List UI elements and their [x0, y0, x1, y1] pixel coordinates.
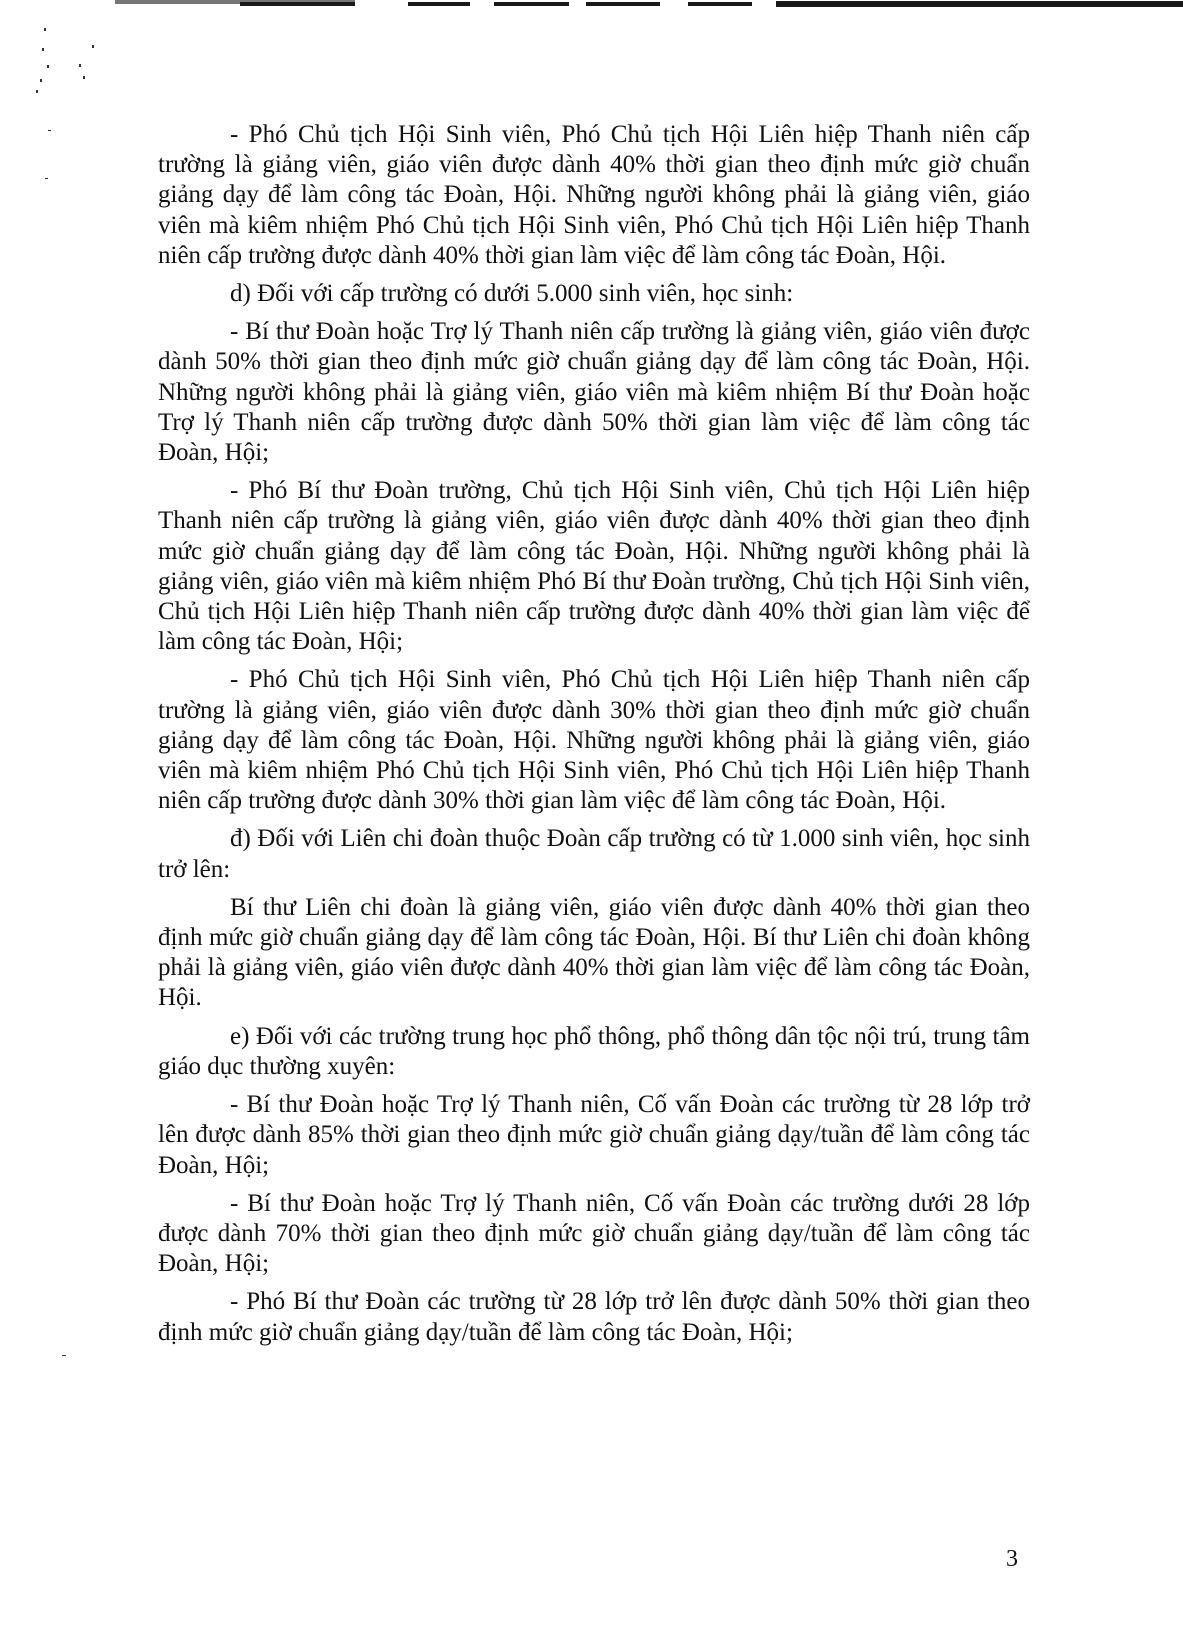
scan-speck — [42, 48, 44, 51]
section-heading-dd: đ) Đối với Liên chi đoàn thuộc Đoàn cấp … — [158, 824, 1030, 884]
scan-speck — [48, 130, 51, 131]
paragraph-secretary-85: - Bí thư Đoàn hoặc Trợ lý Thanh niên, Cố… — [158, 1090, 1030, 1181]
scan-speck — [36, 90, 38, 93]
document-body: - Phó Chủ tịch Hội Sinh viên, Phó Chủ tị… — [158, 120, 1030, 1356]
scan-border-line — [408, 2, 470, 6]
paragraph-deputy-secretary-40: - Phó Bí thư Đoàn trường, Chủ tịch Hội S… — [158, 476, 1030, 657]
scan-border-line — [494, 2, 569, 6]
scan-border-line — [776, 1, 1183, 7]
paragraph-branch-secretary-40: Bí thư Liên chi đoàn là giảng viên, giáo… — [158, 893, 1030, 1014]
paragraph-secretary-70: - Bí thư Đoàn hoặc Trợ lý Thanh niên, Cố… — [158, 1189, 1030, 1280]
page-number: 3 — [1006, 1546, 1018, 1573]
scan-speck — [40, 79, 42, 82]
scan-speck — [92, 45, 94, 48]
paragraph-vice-chair-30: - Phó Chủ tịch Hội Sinh viên, Phó Chủ tị… — [158, 665, 1030, 816]
scan-speck — [47, 65, 49, 68]
paragraph-deputy-secretary-50: - Phó Bí thư Đoàn các trường từ 28 lớp t… — [158, 1287, 1030, 1347]
scan-border-line — [688, 2, 752, 6]
scan-speck — [62, 1355, 66, 1356]
section-heading-d: d) Đối với cấp trường có dưới 5.000 sinh… — [158, 279, 1030, 309]
scan-speck — [45, 178, 48, 179]
paragraph-vice-chair-40: - Phó Chủ tịch Hội Sinh viên, Phó Chủ tị… — [158, 120, 1030, 271]
section-heading-e: e) Đối với các trường trung học phổ thôn… — [158, 1022, 1030, 1082]
scan-speck — [79, 64, 81, 67]
paragraph-secretary-50: - Bí thư Đoàn hoặc Trợ lý Thanh niên cấp… — [158, 317, 1030, 468]
scan-border-line — [240, 2, 355, 6]
scan-border-line — [586, 2, 660, 6]
scan-speck — [44, 28, 46, 31]
scan-speck — [83, 76, 85, 79]
